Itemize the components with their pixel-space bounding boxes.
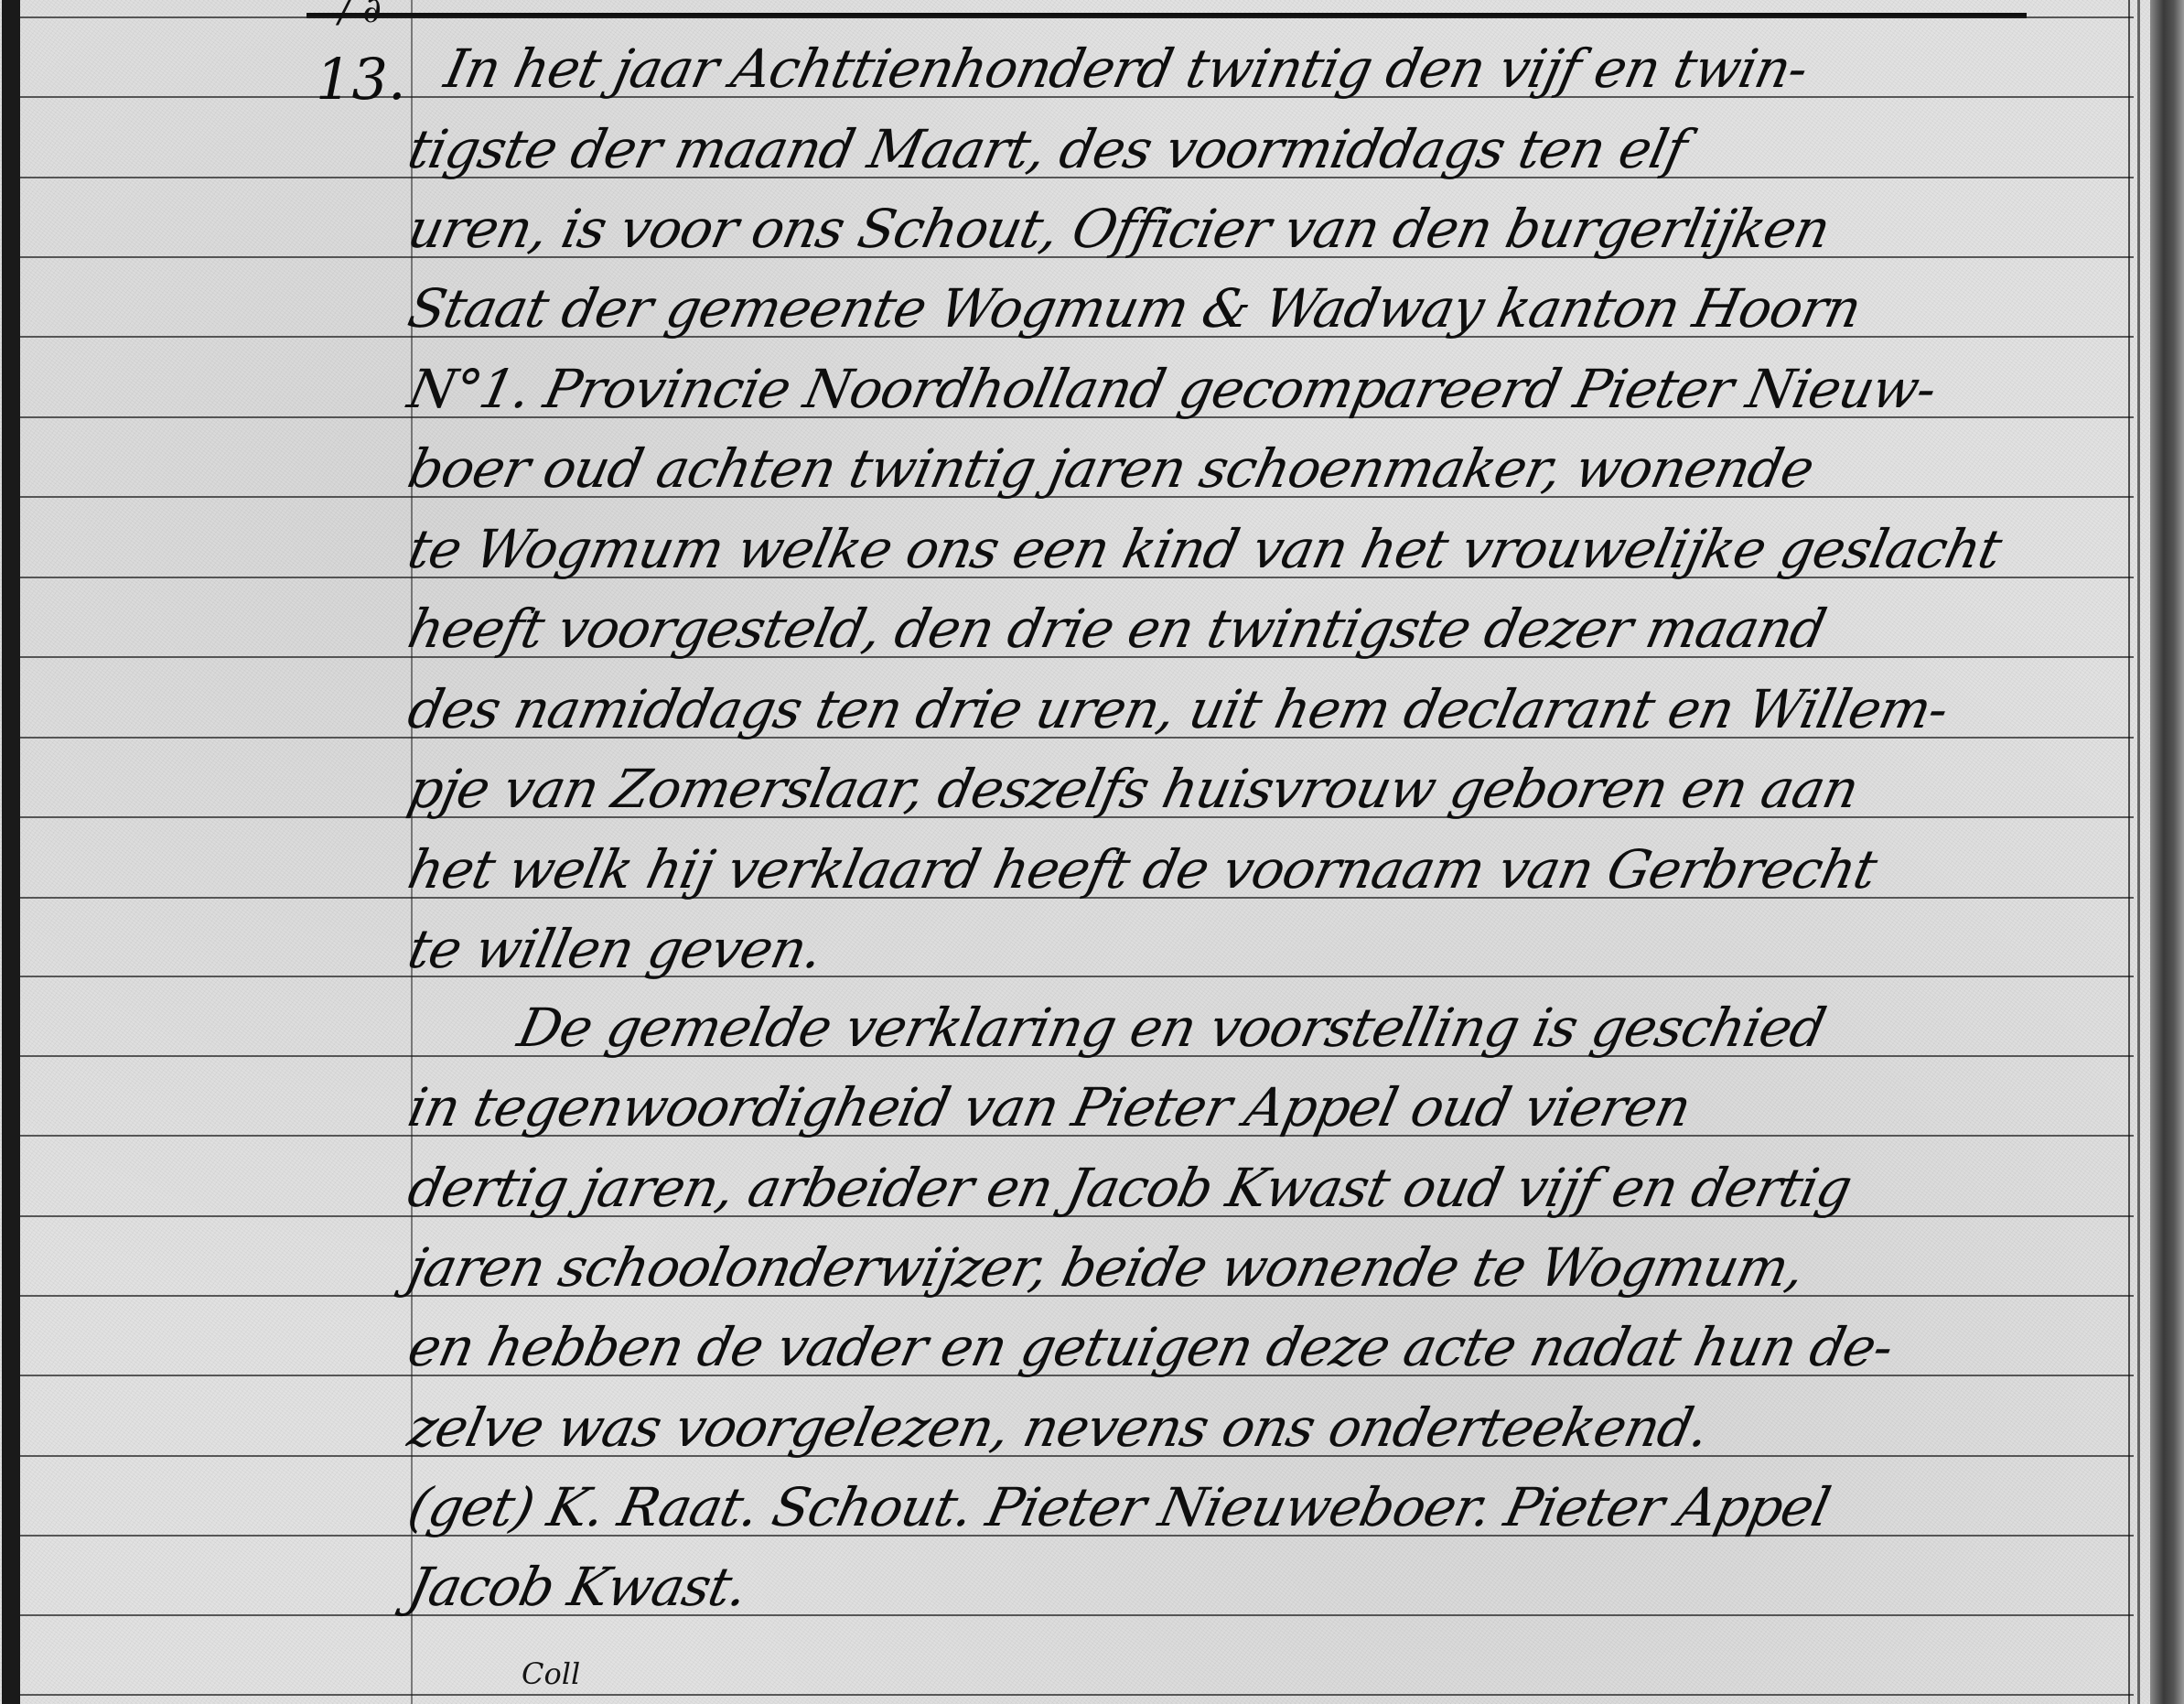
signature-line: Jacob Kwast. <box>403 1555 2136 1619</box>
text-line: Staat der gemeente Wogmum & Wadway kanto… <box>403 276 2136 340</box>
paragraph-line: zelve was voorgelezen, nevens ons ondert… <box>403 1396 2136 1460</box>
text-line: tigste der maand Maart, des voormiddags … <box>403 117 2136 181</box>
paragraph-line: jaren schoolonderwijzer, beide wonende t… <box>403 1235 2136 1300</box>
book-binding <box>2150 0 2184 1704</box>
text-line: In het jaar Achttienhonderd twintig den … <box>439 37 2173 101</box>
entry-number: 13. <box>316 46 406 113</box>
left-page-border <box>2 0 20 1704</box>
ruled-line <box>20 16 2134 18</box>
text-line: het welk hij verklaard heeft de voornaam… <box>403 837 2136 901</box>
text-line: heeft voorgesteld, den drie en twintigst… <box>403 597 2136 661</box>
text-line: pje van Zomerslaar, deszelfs huisvrouw g… <box>403 757 2136 821</box>
ruled-line <box>20 1694 2134 1696</box>
paragraph-line: en hebben de vader en getuigen deze acte… <box>403 1315 2136 1379</box>
previous-entry-fragment: / ∂ <box>339 0 382 31</box>
text-line: des namiddags ten drie uren, uit hem dec… <box>403 677 2136 741</box>
text-line: uren, is voor ons Schout, Officier van d… <box>403 197 2136 261</box>
paragraph-line: dertig jaren, arbeider en Jacob Kwast ou… <box>403 1156 2136 1220</box>
right-page-edge <box>2137 0 2140 1704</box>
text-line: te willen geven. <box>403 917 2136 981</box>
registry-page: / ∂ 13. In het jaar Achttienhonderd twin… <box>0 0 2184 1704</box>
text-line: N°1. Provincie Noordholland gecompareerd… <box>403 357 2136 421</box>
paragraph-line: in tegenwoordigheid van Pieter Appel oud… <box>403 1075 2136 1139</box>
signature-line: (get) K. Raat. Schout. Pieter Nieuweboer… <box>403 1475 2136 1539</box>
paragraph-line: De gemelde verklaring en voorstelling is… <box>512 996 2184 1060</box>
collated-annotation: Coll <box>522 1656 580 1691</box>
text-line: te Wogmum welke ons een kind van het vro… <box>403 517 2136 581</box>
text-line: boer oud achten twintig jaren schoenmake… <box>403 437 2136 501</box>
